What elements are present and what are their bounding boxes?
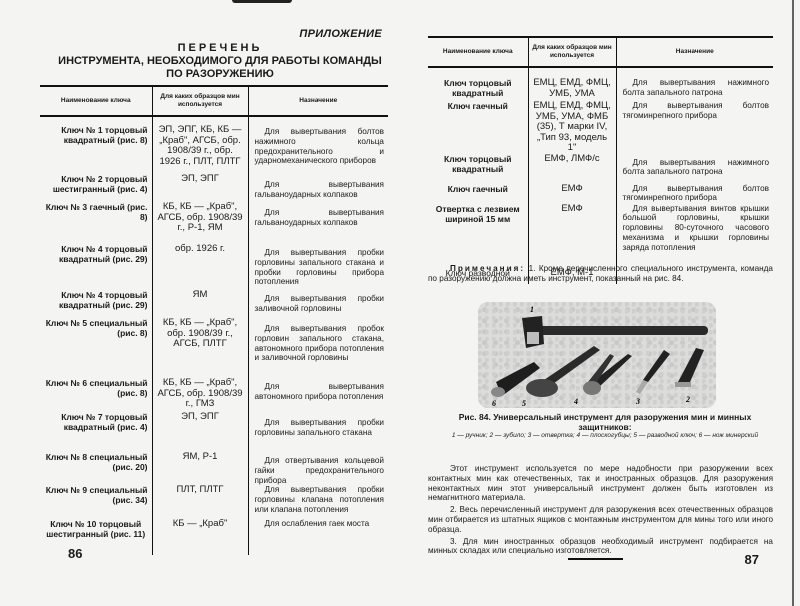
svg-text:3: 3: [635, 397, 640, 406]
mine-types: ЭП, ЭПГ, КБ, КБ — „Краб", АГСБ, обр. 190…: [152, 116, 248, 174]
caption-legend: 1 — ручник; 2 — зубило; 3 — отвертка; 4 …: [450, 432, 760, 440]
mine-types: КБ, КБ — „Краб", АГСБ, обр. 1908/39 г., …: [152, 202, 248, 240]
title-line-3: ПО РАЗОРУЖЕНИЮ: [50, 68, 390, 81]
tool-name: Ключ № 1 торцовый квадратный (рис. 8): [40, 116, 152, 174]
tool-purpose: Для вывертывания нажимного болта запальн…: [616, 154, 773, 184]
mine-types: ЯМ, Р-1: [152, 452, 248, 485]
table-row: Ключ № 10 торцовый шестигранный (рис. 11…: [40, 519, 388, 555]
tool-purpose: Для вывертывания пробки горловины запаль…: [248, 412, 388, 452]
column-header-purpose: Назначение: [248, 86, 388, 116]
column-header-name: Наименование ключа: [428, 37, 528, 67]
mine-types: ЭП, ЭПГ: [152, 174, 248, 202]
book-spread: ПРИЛОЖЕНИЕ ПЕРЕЧЕНЬ ИНСТРУМЕНТА, НЕОБХОД…: [0, 0, 800, 606]
tool-purpose: Для ослабления гаек моста: [248, 519, 388, 555]
tool-name: Ключ № 9 специальный (рис. 34): [40, 485, 152, 519]
notes-label: Примечания:: [450, 264, 525, 273]
table-row: Ключ № 7 торцовый квадратный (рис. 4) ЭП…: [40, 412, 388, 452]
svg-text:1: 1: [530, 305, 534, 314]
title-line-2: ИНСТРУМЕНТА, НЕОБХОДИМОГО ДЛЯ РАБОТЫ КОМ…: [50, 55, 390, 68]
tool-purpose: Для вывертывания болтов нажимного кольца…: [248, 116, 388, 174]
tool-name: Ключ № 7 торцовый квадратный (рис. 4): [40, 412, 152, 452]
right-page: Наименование ключа Для каких образцов ми…: [428, 0, 773, 606]
tool-purpose: Для вывертывания болтов тягоминрепного п…: [616, 101, 773, 154]
table-row: Ключ гаечный ЕМЦ, ЕМД, ФМЦ, УМБ, УМА, ФМ…: [428, 101, 773, 154]
table-row: Отвертка с лезвием шириной 15 мм ЕМФ Для…: [428, 204, 773, 262]
svg-text:5: 5: [522, 399, 526, 408]
tool-name: Ключ № 2 торцовый шестигранный (рис. 4): [40, 174, 152, 202]
tool-purpose: Для вывертывания винтов крышки большой г…: [616, 204, 773, 262]
caption-title: Рис. 84. Универсальный инструмент для ра…: [450, 412, 760, 432]
mine-types: ПЛТ, ПЛТГ: [152, 485, 248, 519]
tool-name: Ключ торцовый квадратный: [428, 154, 528, 184]
tools-drawing: 1 2 3 4 5 6: [478, 302, 716, 408]
appendix-header: ПРИЛОЖЕНИЕ: [299, 28, 382, 40]
mine-types: обр. 1926 г.: [152, 240, 248, 290]
tool-purpose: Для вывертывания гальваноударных колпако…: [248, 202, 388, 240]
table-row: Ключ № 1 торцовый квадратный (рис. 8) ЭП…: [40, 116, 388, 174]
paragraph: 2. Весь перечисленный инструмент для раз…: [428, 505, 773, 534]
table-header-row: Наименование ключа Для каких образцов ми…: [428, 37, 773, 67]
tool-name: Ключ № 4 торцовый квадратный (рис. 29): [40, 290, 152, 318]
tool-purpose: Для вывертывания пробки горловины запаль…: [248, 240, 388, 290]
tool-name: Ключ торцовый квадратный: [428, 67, 528, 101]
notes-paragraph: Примечания: 1. Кроме перечисленного спец…: [428, 264, 773, 284]
tool-purpose: Для вывертывания болтов тягоминрепного п…: [616, 184, 773, 204]
table-row: Ключ № 4 торцовый квадратный (рис. 29) Я…: [40, 290, 388, 318]
tools-table-left: Наименование ключа Для каких образцов ми…: [40, 85, 388, 555]
mine-types: ЕМЦ, ЕМД, ФМЦ, УМБ, УМА, ФМБ (35), Т мар…: [528, 101, 616, 154]
tool-name: Ключ № 8 специальный (рис. 20): [40, 452, 152, 485]
tool-name: Ключ № 3 гаечный (рис. 8): [40, 202, 152, 240]
column-header-mines: Для каких образцов мин используется: [528, 37, 616, 67]
tool-purpose: Для вывертывания пробки заливочной горло…: [248, 290, 388, 318]
left-page: ПРИЛОЖЕНИЕ ПЕРЕЧЕНЬ ИНСТРУМЕНТА, НЕОБХОД…: [40, 0, 390, 606]
tool-purpose: Для вывертывания нажимного болта запальн…: [616, 67, 773, 101]
mine-types: ЕМЦ, ЕМД, ФМЦ, УМБ, УМА: [528, 67, 616, 101]
tool-purpose: Для вывертывания пробки горловины клапан…: [248, 485, 388, 519]
mine-types: ЯМ: [152, 290, 248, 318]
table-row: Ключ торцовый квадратный ЕМФ, ЛМФ/с Для …: [428, 154, 773, 184]
tool-name: Ключ № 6 специальный (рис. 8): [40, 372, 152, 412]
mine-types: ЕМФ, ЛМФ/с: [528, 154, 616, 184]
page-title: ПЕРЕЧЕНЬ ИНСТРУМЕНТА, НЕОБХОДИМОГО ДЛЯ Р…: [50, 42, 390, 81]
tool-purpose: Для вывертывания пробок горловин запальн…: [248, 318, 388, 372]
svg-text:4: 4: [573, 397, 578, 406]
column-header-name: Наименование ключа: [40, 86, 152, 116]
page-number: 87: [745, 552, 759, 567]
table-row: Ключ № 3 гаечный (рис. 8) КБ, КБ — „Краб…: [40, 202, 388, 240]
tool-name: Ключ гаечный: [428, 101, 528, 154]
svg-text:2: 2: [685, 395, 690, 404]
mine-types: ЕМФ: [528, 204, 616, 262]
mine-types: КБ, КБ — „Краб", обр. 1908/39 г., АГСБ, …: [152, 318, 248, 372]
tool-name: Ключ № 10 торцовый шестигранный (рис. 11…: [40, 519, 152, 555]
table-row: Ключ № 9 специальный (рис. 34) ПЛТ, ПЛТГ…: [40, 485, 388, 519]
mine-types: ЕМФ: [528, 184, 616, 204]
table-row: Ключ № 8 специальный (рис. 20) ЯМ, Р-1 Д…: [40, 452, 388, 485]
tool-name: Ключ № 5 специальный (рис. 8): [40, 318, 152, 372]
table-header-row: Наименование ключа Для каких образцов ми…: [40, 86, 388, 116]
end-rule-divider: [568, 558, 623, 560]
hammer-handle-icon: [530, 326, 708, 335]
page-number: 86: [68, 546, 82, 561]
svg-text:6: 6: [492, 399, 496, 408]
figure-caption: Рис. 84. Универсальный инструмент для ра…: [450, 412, 760, 440]
figure-84-tools-illustration: 1 2 3 4 5 6: [478, 302, 716, 408]
paragraph: Этот инструмент используется по мере над…: [428, 464, 773, 503]
title-line-1: ПЕРЕЧЕНЬ: [50, 42, 390, 55]
table-row: Ключ торцовый квадратный ЕМЦ, ЕМД, ФМЦ, …: [428, 67, 773, 101]
mine-types: КБ, КБ — „Краб", АГСБ, обр. 1908/39 г., …: [152, 372, 248, 412]
column-header-mines: Для каких образцов мин используется: [152, 86, 248, 116]
table-row: Ключ № 4 торцовый квадратный (рис. 29) о…: [40, 240, 388, 290]
table-row: Ключ № 6 специальный (рис. 8) КБ, КБ — „…: [40, 372, 388, 412]
tool-name: Ключ № 4 торцовый квадратный (рис. 29): [40, 240, 152, 290]
page-edge: [792, 0, 794, 606]
tool-purpose: Для отвертывания кольцевой гайки предохр…: [248, 452, 388, 485]
body-text: Этот инструмент используется по мере над…: [428, 464, 773, 558]
column-header-purpose: Назначение: [616, 37, 773, 67]
tools-table-right: Наименование ключа Для каких образцов ми…: [428, 36, 773, 284]
table-row: Ключ гаечный ЕМФ Для вывертывания болтов…: [428, 184, 773, 204]
tool-name: Ключ гаечный: [428, 184, 528, 204]
tool-purpose: Для вывертывания автономного прибора пот…: [248, 372, 388, 412]
tool-purpose: Для вывертывания гальваноударных колпако…: [248, 174, 388, 202]
mine-types: ЭП, ЭПГ: [152, 412, 248, 452]
tool-name: Отвертка с лезвием шириной 15 мм: [428, 204, 528, 262]
table-row: Ключ № 5 специальный (рис. 8) КБ, КБ — „…: [40, 318, 388, 372]
paragraph: 3. Для мин иностранных образцов необходи…: [428, 537, 773, 557]
mine-types: КБ — „Краб": [152, 519, 248, 555]
table-row: Ключ № 2 торцовый шестигранный (рис. 4) …: [40, 174, 388, 202]
